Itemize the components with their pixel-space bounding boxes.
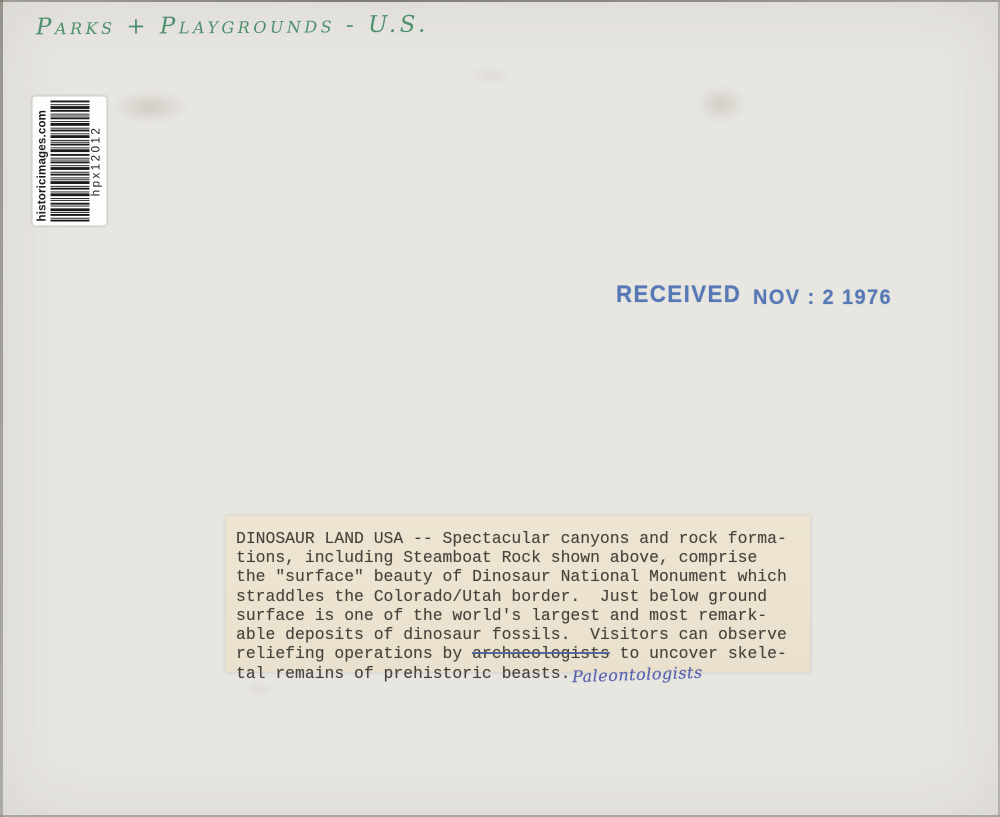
adhesive-smudge [112, 91, 188, 123]
caption-line: tal remains of prehistoric beasts.Paleon… [236, 663, 810, 683]
sticker-site-text: historicimages.com [35, 100, 49, 221]
handwritten-category-label: Parks + Playgrounds - U.S. [36, 12, 429, 41]
sticker-code-text: hpx12012 [90, 100, 103, 221]
caption-line: able deposits of dinosaur fossils. Visit… [236, 625, 810, 644]
caption-line: reliefing operations by archaeologists t… [236, 644, 810, 663]
caption-line: tions, including Steamboat Rock shown ab… [236, 548, 810, 567]
scan-edge-top [0, 0, 1000, 2]
caption-line7-pre: reliefing operations by [236, 644, 472, 663]
struck-word-archaeologists: archaeologists [472, 644, 610, 663]
adhesive-smudge [470, 68, 512, 82]
adhesive-smudge [246, 684, 272, 694]
caption-line8: tal remains of prehistoric beasts. [236, 664, 570, 683]
caption-line: straddles the Colorado/Utah border. Just… [236, 587, 810, 606]
scan-edge-left [0, 0, 3, 817]
stamp-received-text: RECEIVED [616, 281, 741, 309]
caption-line: DINOSAUR LAND USA -- Spectacular canyons… [236, 529, 810, 548]
barcode [50, 100, 89, 221]
photo-back-scan: Parks + Playgrounds - U.S. historicimage… [0, 0, 1000, 817]
typed-caption-label: DINOSAUR LAND USA -- Spectacular canyons… [226, 516, 810, 672]
caption-line: surface is one of the world's largest an… [236, 606, 810, 625]
caption-line: the "surface" beauty of Dinosaur Nationa… [236, 567, 810, 586]
adhesive-smudge [696, 86, 746, 122]
caption-line7-post: to uncover skele- [610, 644, 787, 663]
handwritten-correction-paleontologists: Paleontologists [572, 663, 703, 687]
received-date-stamp: RECEIVED NOV : 2 1976 [616, 281, 899, 309]
barcode-sticker: historicimages.com [32, 96, 106, 225]
stamp-date-text: NOV : 2 1976 [753, 286, 892, 310]
